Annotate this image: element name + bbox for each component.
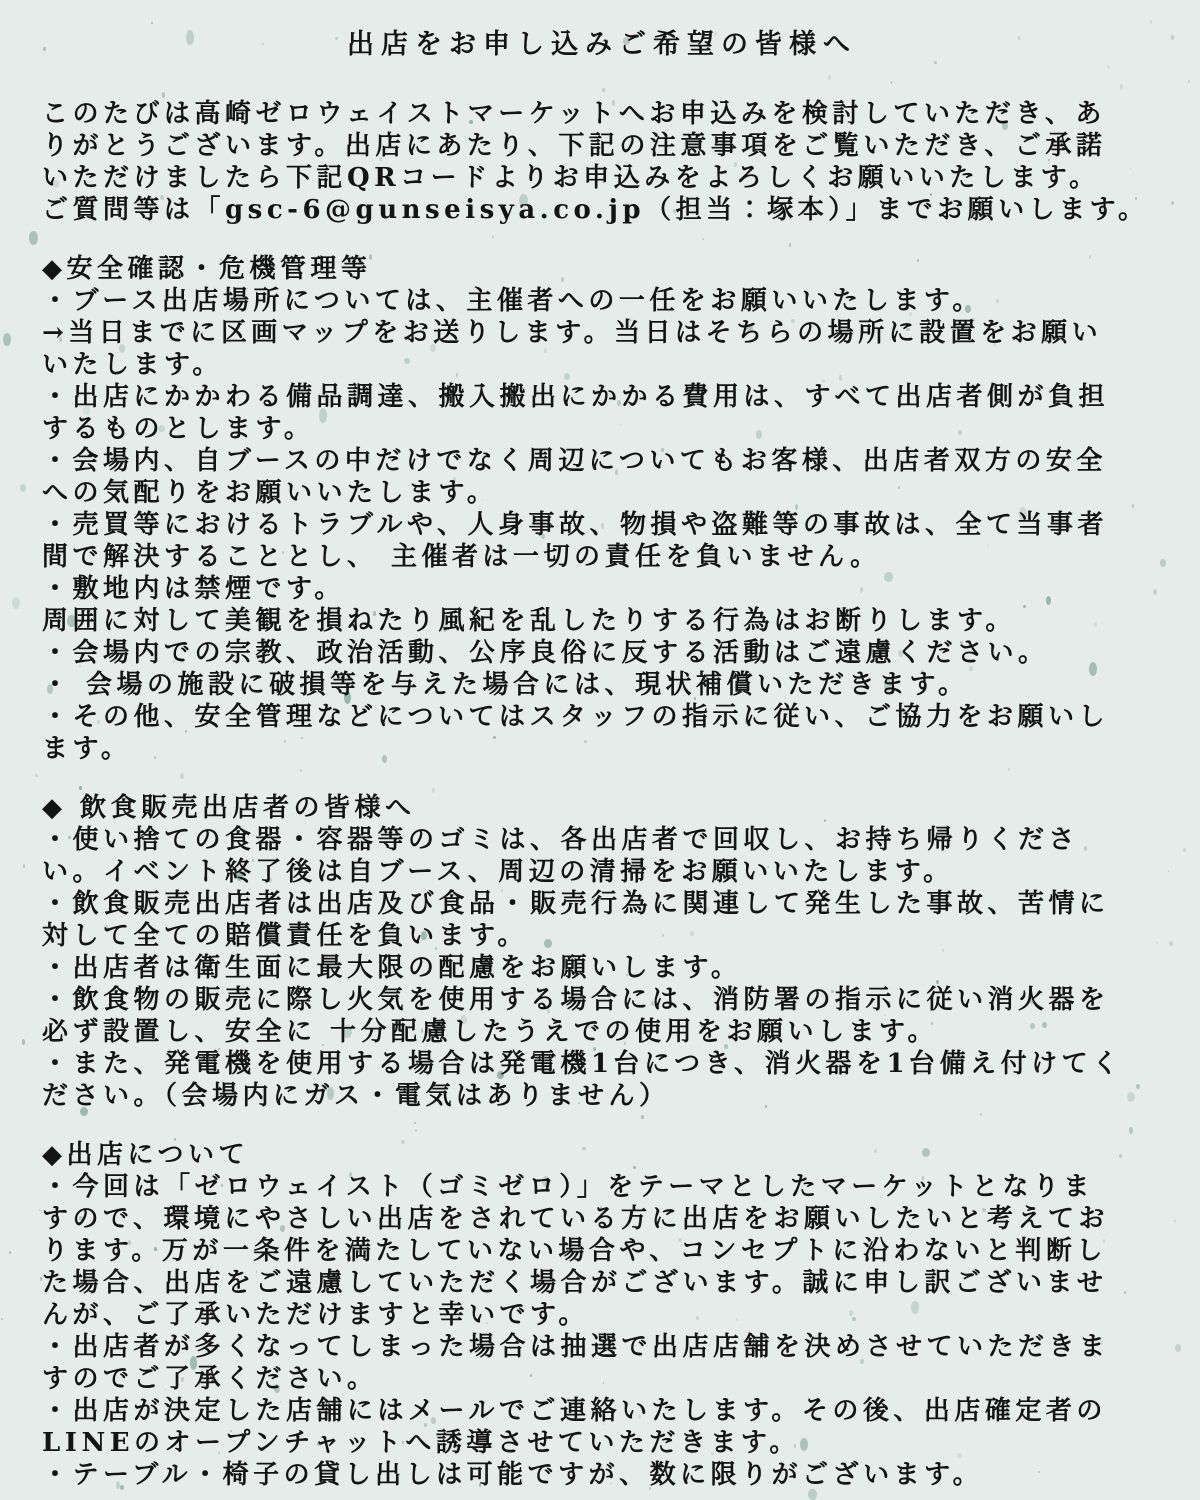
text-line: ります。万が一条件を満たしていない場合や、コンセプトに沿わないと判断し: [42, 1235, 1162, 1267]
intro-line: このたびは高崎ゼロウェイストマーケットへお申込みを検討していただき、あ: [42, 98, 1162, 130]
text-line: ます。: [42, 733, 1162, 765]
page-title: 出店をお申し込みご希望の皆様へ: [42, 28, 1162, 62]
text-line: ・飲食販売出店者は出店及び食品・販売行為に関連して発生した事故、苦情に: [42, 888, 1162, 920]
text-line: ・その他、安全管理などについてはスタッフの指示に従い、ご協力をお願いし: [42, 701, 1162, 733]
text-line: ・ 会場の施設に破損等を与えた場合には、現状補償いただきます。: [42, 669, 1162, 701]
text-line: ・敷地内は禁煙です。: [42, 573, 1162, 605]
text-line: いたします。: [42, 349, 1162, 381]
text-line: ・出店者は衛生面に最大限の配慮をお願いします。: [42, 952, 1162, 984]
section-heading: ◆ 飲食販売出店者の皆様へ: [42, 792, 1162, 824]
text-line: 周囲に対して美観を損ねたり風紀を乱したりする行為はお断りします。: [42, 605, 1162, 637]
text-line: い。イベント終了後は自ブース、周辺の清掃をお願いいたします。: [42, 856, 1162, 888]
intro-line: いただけましたら下記QRコードよりお申込みをよろしくお願いいたします。: [42, 162, 1162, 194]
section-heading: ◆出店について: [42, 1139, 1162, 1171]
text-line: ・テーブル・椅子の貸し出しは可能ですが、数に限りがございます。: [42, 1459, 1162, 1491]
text-line: 対して全ての賠償責任を負います。: [42, 920, 1162, 952]
section: ◆ 飲食販売出店者の皆様へ・使い捨ての食器・容器等のゴミは、各出店者で回収し、お…: [42, 792, 1162, 1112]
text-line: ・ブース出店場所については、主催者への一任をお願いいたします。: [42, 285, 1162, 317]
text-line: への気配りをお願いいたします。: [42, 477, 1162, 509]
section-heading: ◆安全確認・危機管理等: [42, 253, 1162, 285]
text-line: んが、ご了承いただけますと幸いです。: [42, 1299, 1162, 1331]
document-page: 出店をお申し込みご希望の皆様へ このたびは高崎ゼロウェイストマーケットへお申込み…: [0, 0, 1200, 1491]
text-line: た場合、出店をご遠慮していただく場合がございます。誠に申し訳ございませ: [42, 1267, 1162, 1299]
text-line: ・出店にかかわる備品調達、搬入搬出にかかる費用は、すべて出店者側が負担: [42, 381, 1162, 413]
sections-container: ◆安全確認・危機管理等・ブース出店場所については、主催者への一任をお願いいたしま…: [42, 253, 1162, 1491]
text-line: すので、環境にやさしい出店をされている方に出店をお願いしたいと考えてお: [42, 1203, 1162, 1235]
text-line: ・出店者が多くなってしまった場合は抽選で出店店舗を決めさせていただきま: [42, 1331, 1162, 1363]
text-line: ・飲食物の販売に際し火気を使用する場合には、消防署の指示に従い消火器を: [42, 984, 1162, 1016]
text-line: ・今回は「ゼロウェイスト（ゴミゼロ）」をテーマとしたマーケットとなりま: [42, 1171, 1162, 1203]
section: ◆出店について・今回は「ゼロウェイスト（ゴミゼロ）」をテーマとしたマーケットとな…: [42, 1139, 1162, 1491]
text-line: ・出店が決定した店舗にはメールでご連絡いたします。その後、出店確定者の: [42, 1395, 1162, 1427]
section: ◆安全確認・危機管理等・ブース出店場所については、主催者への一任をお願いいたしま…: [42, 253, 1162, 765]
intro-line: りがとうございます。出店にあたり、下記の注意事項をご覧いただき、ご承諾: [42, 130, 1162, 162]
text-line: 必ず設置し、安全に 十分配慮したうえでの使用をお願いします。: [42, 1016, 1162, 1048]
text-line: ・使い捨ての食器・容器等のゴミは、各出店者で回収し、お持ち帰りくださ: [42, 824, 1162, 856]
text-line: すのでご了承ください。: [42, 1363, 1162, 1395]
text-line: ださい。（会場内にガス・電気はありません）: [42, 1080, 1162, 1112]
text-line: 間で解決することとし、 主催者は一切の責任を負いません。: [42, 541, 1162, 573]
text-line: ・会場内、自ブースの中だけでなく周辺についてもお客様、出店者双方の安全: [42, 445, 1162, 477]
intro-line: ご質問等は「gsc-6@gunseisya.co.jp（担当：塚本）」までお願い…: [42, 194, 1162, 226]
text-line: LINEのオープンチャットへ誘導させていただきます。: [42, 1427, 1162, 1459]
text-line: ・会場内での宗教、政治活動、公序良俗に反する活動はご遠慮ください。: [42, 637, 1162, 669]
intro-paragraph: このたびは高崎ゼロウェイストマーケットへお申込みを検討していただき、ありがとうご…: [42, 98, 1162, 226]
text-line: するものとします。: [42, 413, 1162, 445]
text-line: ・また、発電機を使用する場合は発電機1台につき、消火器を1台備え付けてく: [42, 1048, 1162, 1080]
text-line: →当日までに区画マップをお送りします。当日はそちらの場所に設置をお願い: [42, 317, 1162, 349]
text-line: ・売買等におけるトラブルや、人身事故、物損や盗難等の事故は、全て当事者: [42, 509, 1162, 541]
